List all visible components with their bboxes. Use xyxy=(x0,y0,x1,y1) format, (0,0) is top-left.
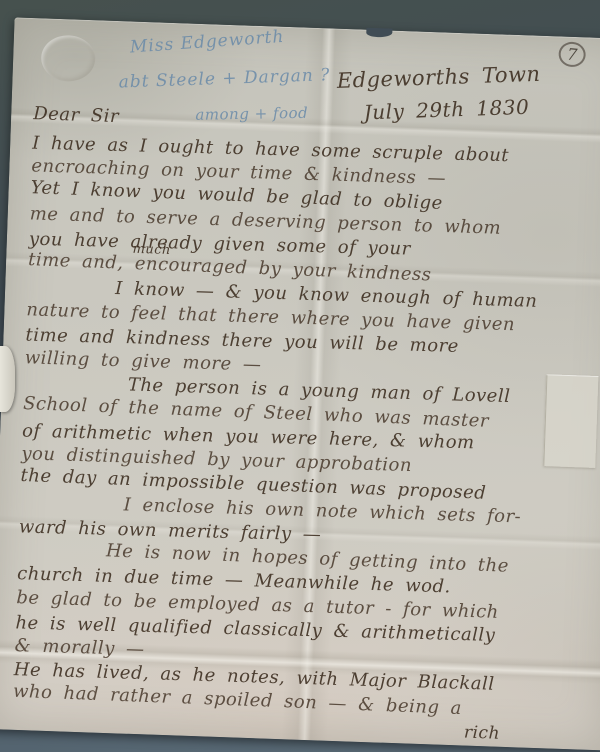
salutation: Dear Sir xyxy=(33,103,120,127)
interline-insertion: much xyxy=(132,242,171,258)
photo-backdrop: 7 Miss Edgeworth abt Steele + Dargan ? a… xyxy=(0,0,600,752)
tear-notch xyxy=(366,28,392,38)
folio-number: 7 xyxy=(566,45,578,65)
letter-page: 7 Miss Edgeworth abt Steele + Dargan ? a… xyxy=(0,17,600,750)
manuscript-body: I have as I ought to have some scruple a… xyxy=(12,129,600,749)
pencil-annotation-1: Miss Edgeworth xyxy=(129,27,285,58)
pencil-annotation-3: among + food xyxy=(195,104,308,124)
letterhead-place: Edgeworths Town xyxy=(336,62,540,93)
letterhead-date: July 29th 1830 xyxy=(363,95,529,125)
embossed-stamp xyxy=(40,34,96,82)
folio-number-circle: 7 xyxy=(558,41,587,68)
seal-remnant xyxy=(0,346,15,412)
pencil-annotation-2: abt Steele + Dargan ? xyxy=(118,65,330,92)
